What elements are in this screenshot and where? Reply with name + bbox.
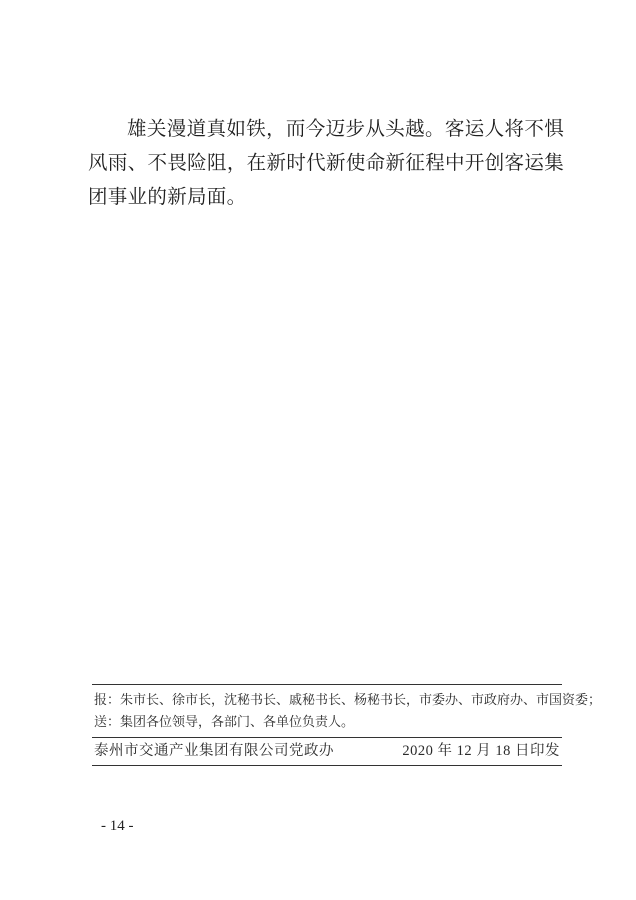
- page-number: - 14 -: [101, 818, 134, 835]
- issuer-row: 泰州市交通产业集团有限公司党政办 2020 年 12 月 18 日印发: [92, 738, 562, 765]
- send-recipients: 集团各位领导，各部门、各单位负责人。: [120, 711, 354, 733]
- distribution-footer: 报： 朱市长、徐市长，沈秘书长、戚秘书长、杨秘书长，市委办、市政府办、市国资委；…: [92, 684, 562, 766]
- send-to-row: 送： 集团各位领导，各部门、各单位负责人。: [94, 711, 562, 733]
- issuing-organization: 泰州市交通产业集团有限公司党政办: [94, 741, 334, 761]
- document-body: 雄关漫道真如铁，而今迈步从头越。客运人将不惧风雨、不畏险阻，在新时代新使命新征程…: [88, 112, 564, 214]
- report-to-row: 报： 朱市长、徐市长，沈秘书长、戚秘书长、杨秘书长，市委办、市政府办、市国资委；: [94, 689, 562, 711]
- send-label: 送：: [94, 711, 120, 733]
- report-label: 报：: [94, 689, 120, 711]
- distribution-list: 报： 朱市长、徐市长，沈秘书长、戚秘书长、杨秘书长，市委办、市政府办、市国资委；…: [92, 685, 562, 737]
- bottom-rule: [92, 765, 562, 766]
- body-paragraph: 雄关漫道真如铁，而今迈步从头越。客运人将不惧风雨、不畏险阻，在新时代新使命新征程…: [88, 112, 564, 214]
- issue-date: 2020 年 12 月 18 日印发: [402, 741, 560, 761]
- report-recipients: 朱市长、徐市长，沈秘书长、戚秘书长、杨秘书长，市委办、市政府办、市国资委；: [120, 689, 601, 711]
